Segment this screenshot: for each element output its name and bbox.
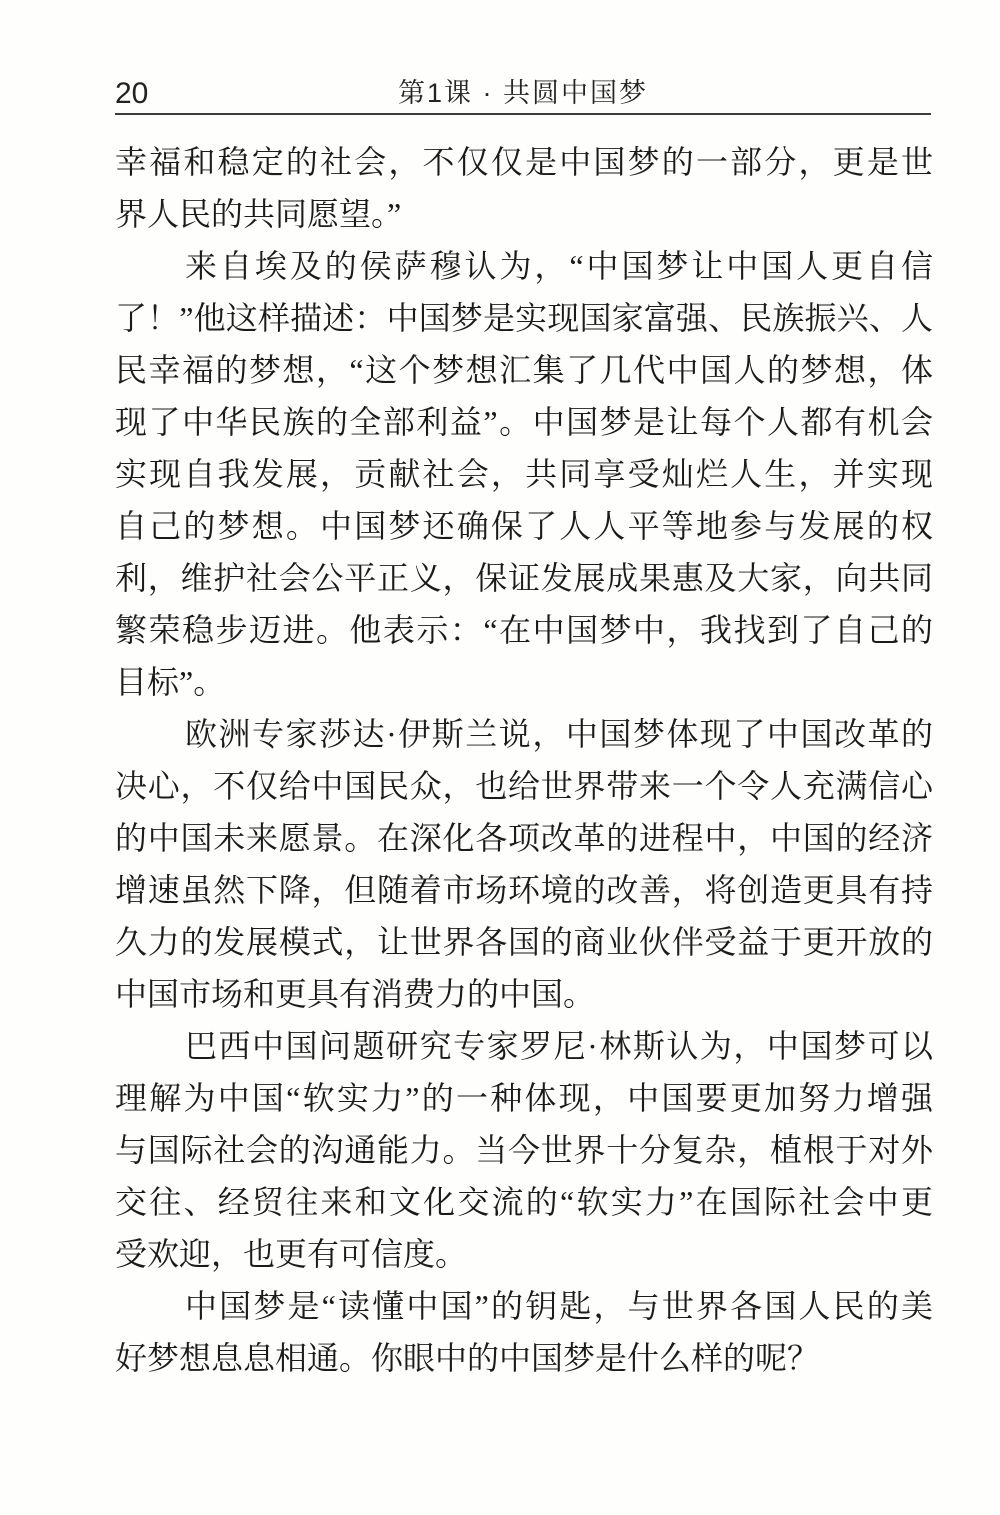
text-line: 好梦想息息相通。你眼中的中国梦是什么样的呢？ — [115, 1332, 933, 1384]
text-line: 欧洲专家莎达·伊斯兰说，中国梦体现了中国改革的 — [115, 708, 933, 760]
text-line: 巴西中国问题研究专家罗尼·林斯认为，中国梦可以 — [115, 1020, 933, 1072]
page-header: 20 第1课 · 共圆中国梦 — [115, 76, 931, 114]
text-line: 幸福和稳定的社会，不仅仅是中国梦的一部分，更是世 — [115, 136, 933, 188]
body-text: 幸福和稳定的社会，不仅仅是中国梦的一部分，更是世 界人民的共同愿望。” 来自埃及… — [115, 136, 933, 1384]
text-line: 界人民的共同愿望。” — [115, 188, 933, 240]
text-line: 现了中华民族的全部利益”。中国梦是让每个人都有机会 — [115, 396, 933, 448]
paragraph: 欧洲专家莎达·伊斯兰说，中国梦体现了中国改革的 决心，不仅给中国民众，也给世界带… — [115, 708, 933, 1020]
text-line: 理解为中国“软实力”的一种体现，中国要更加努力增强 — [115, 1072, 933, 1124]
text-line: 决心，不仅给中国民众，也给世界带来一个令人充满信心 — [115, 760, 933, 812]
text-line: 与国际社会的沟通能力。当今世界十分复杂，植根于对外 — [115, 1124, 933, 1176]
text-line: 增速虽然下降，但随着市场环境的改善，将创造更具有持 — [115, 864, 933, 916]
chapter-title: 第1课 · 共圆中国梦 — [115, 78, 931, 108]
header-rule — [115, 113, 931, 115]
text-line: 来自埃及的侯萨穆认为，“中国梦让中国人更自信 — [115, 240, 933, 292]
text-line: 了！”他这样描述：中国梦是实现国家富强、民族振兴、人 — [115, 292, 933, 344]
text-line: 目标”。 — [115, 656, 933, 708]
text-line: 繁荣稳步迈进。他表示：“在中国梦中，我找到了自己的 — [115, 604, 933, 656]
text-line: 利，维护社会公平正义，保证发展成果惠及大家，向共同 — [115, 552, 933, 604]
text-line: 中国梦是“读懂中国”的钥匙，与世界各国人民的美 — [115, 1280, 933, 1332]
paragraph: 幸福和稳定的社会，不仅仅是中国梦的一部分，更是世 界人民的共同愿望。” — [115, 136, 933, 240]
paragraph: 巴西中国问题研究专家罗尼·林斯认为，中国梦可以 理解为中国“软实力”的一种体现，… — [115, 1020, 933, 1280]
paragraph: 来自埃及的侯萨穆认为，“中国梦让中国人更自信 了！”他这样描述：中国梦是实现国家… — [115, 240, 933, 708]
text-line: 交往、经贸往来和文化交流的“软实力”在国际社会中更 — [115, 1176, 933, 1228]
text-line: 自己的梦想。中国梦还确保了人人平等地参与发展的权 — [115, 500, 933, 552]
text-line: 的中国未来愿景。在深化各项改革的进程中，中国的经济 — [115, 812, 933, 864]
text-line: 受欢迎，也更有可信度。 — [115, 1228, 933, 1280]
paragraph: 中国梦是“读懂中国”的钥匙，与世界各国人民的美 好梦想息息相通。你眼中的中国梦是… — [115, 1280, 933, 1384]
text-line: 中国市场和更具有消费力的中国。 — [115, 968, 933, 1020]
book-page: 20 第1课 · 共圆中国梦 幸福和稳定的社会，不仅仅是中国梦的一部分，更是世 … — [0, 0, 1000, 1515]
text-line: 民幸福的梦想，“这个梦想汇集了几代中国人的梦想，体 — [115, 344, 933, 396]
text-line: 久力的发展模式，让世界各国的商业伙伴受益于更开放的 — [115, 916, 933, 968]
text-line: 实现自我发展，贡献社会，共同享受灿烂人生，并实现 — [115, 448, 933, 500]
